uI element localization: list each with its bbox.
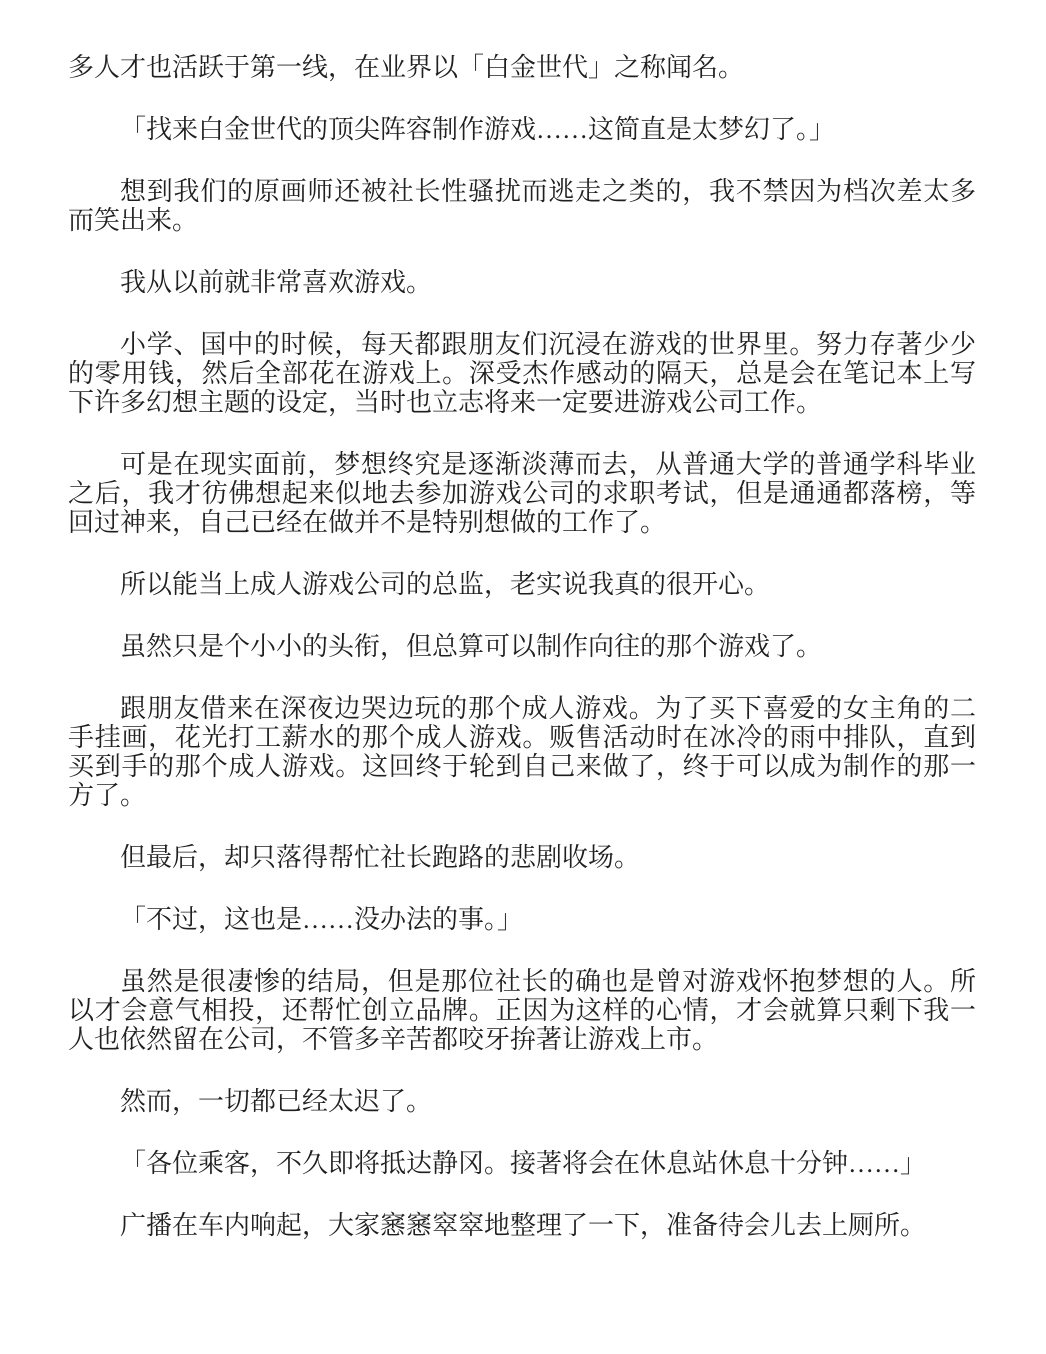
ebook-page: 多人才也活跃于第一线，在业界以「白金世代」之称闻名。 「找来白金世代的顶尖阵容制… [0,0,1046,1354]
paragraph: 虽然只是个小小的头衔，但总算可以制作向往的那个游戏了。 [68,632,976,661]
paragraph: 广播在车内响起，大家窸窸窣窣地整理了一下，准备待会儿去上厕所。 [68,1211,976,1240]
paragraph-quote: 「各位乘客，不久即将抵达静冈。接著将会在休息站休息十分钟……」 [68,1149,976,1178]
paragraph: 所以能当上成人游戏公司的总监，老实说我真的很开心。 [68,570,976,599]
paragraph-quote: 「不过，这也是……没办法的事。」 [68,905,976,934]
paragraph: 想到我们的原画师还被社长性骚扰而逃走之类的，我不禁因为档次差太多而笑出来。 [68,177,976,235]
paragraph: 可是在现实面前，梦想终究是逐渐淡薄而去，从普通大学的普通学科毕业之后，我才彷佛想… [68,450,976,537]
paragraph-quote: 「找来白金世代的顶尖阵容制作游戏……这简直是太梦幻了。」 [68,115,976,144]
paragraph: 我从以前就非常喜欢游戏。 [68,268,976,297]
paragraph: 但最后，却只落得帮忙社长跑路的悲剧收场。 [68,843,976,872]
paragraph: 虽然是很凄惨的结局，但是那位社长的确也是曾对游戏怀抱梦想的人。所以才会意气相投，… [68,967,976,1054]
paragraph: 多人才也活跃于第一线，在业界以「白金世代」之称闻名。 [68,53,976,82]
paragraph: 小学、国中的时候，每天都跟朋友们沉浸在游戏的世界里。努力存著少少的零用钱，然后全… [68,330,976,417]
paragraph: 然而，一切都已经太迟了。 [68,1087,976,1116]
paragraph: 跟朋友借来在深夜边哭边玩的那个成人游戏。为了买下喜爱的女主角的二手挂画，花光打工… [68,694,976,810]
